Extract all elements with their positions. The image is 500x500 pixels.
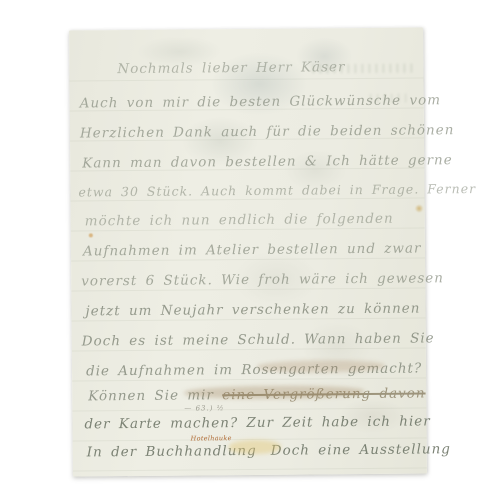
- handwritten-line-3: Herzlichen Dank auch für die beiden schö…: [80, 122, 455, 142]
- line-text: Auch von mir die besten Glückwünsche vom: [80, 92, 441, 111]
- handwritten-line-14: In der BuchhandlungDoch eine Ausstellung: [87, 441, 451, 461]
- handwritten-line-6: möchte ich nun endlich die folgenden: [85, 211, 394, 231]
- foxing-speck: [89, 233, 93, 237]
- crossed-out-text: eine Vergrößerung davon: [222, 385, 426, 403]
- line-text: Doch eine Ausstellung: [271, 441, 451, 459]
- line-text: etwa 30 Stück. Auch kommt dabei in Frage…: [78, 181, 476, 199]
- handwritten-line-13: der Karte machen? Zur Zeit habe ich hier: [84, 413, 430, 433]
- line-text: Aufnahmen im Atelier bestellen und zwar: [83, 240, 422, 259]
- line-text: Nochmals lieber Herr Käser: [117, 59, 345, 77]
- line-text: Kann man davon bestellen & Ich hätte ger…: [82, 152, 453, 171]
- line-text: möchte ich nun endlich die folgenden: [85, 211, 394, 230]
- inserted-annotation: Hotelhauke: [191, 434, 232, 442]
- line-text: Herzlichen Dank auch für die beiden schö…: [80, 122, 455, 141]
- handwritten-line-5: etwa 30 Stück. Auch kommt dabei in Frage…: [78, 180, 476, 200]
- handwritten-line-9: jetzt um Neujahr verschenken zu können: [85, 300, 420, 320]
- line-text: Können Sie mir: [88, 387, 214, 404]
- letter-photograph: Nochmals lieber Herr Käser Auch von mir …: [0, 0, 500, 500]
- handwritten-line-4: Kann man davon bestellen & Ich hätte ger…: [82, 152, 453, 172]
- line-text: der Karte machen? Zur Zeit habe ich hier: [84, 413, 430, 432]
- line-text: die Aufnahmen im Rosengarten gemacht?: [86, 360, 422, 379]
- handwritten-line-12: Können Sie mir eine Vergrößerung davon: [88, 385, 425, 405]
- pencil-note: — 63.) ½: [184, 404, 224, 412]
- handwritten-line-8: vorerst 6 Stück. Wie froh wäre ich gewes…: [81, 270, 444, 290]
- handwritten-line-1: Nochmals lieber Herr Käser: [117, 59, 345, 78]
- letter-paper: Nochmals lieber Herr Käser Auch von mir …: [69, 27, 427, 476]
- line-text: vorerst 6 Stück. Wie froh wäre ich gewes…: [81, 270, 444, 289]
- line-text: In der Buchhandlung: [87, 443, 257, 460]
- foxing-stain: [415, 204, 424, 212]
- handwritten-line-11: die Aufnahmen im Rosengarten gemacht?: [86, 360, 422, 380]
- handwritten-line-7: Aufnahmen im Atelier bestellen und zwar: [83, 240, 422, 260]
- handwritten-line-2: Auch von mir die besten Glückwünsche vom: [80, 92, 441, 112]
- handwritten-line-10: Doch es ist meine Schuld. Wann haben Sie: [82, 330, 435, 350]
- line-text: Doch es ist meine Schuld. Wann haben Sie: [82, 330, 435, 349]
- line-text: jetzt um Neujahr verschenken zu können: [85, 300, 420, 319]
